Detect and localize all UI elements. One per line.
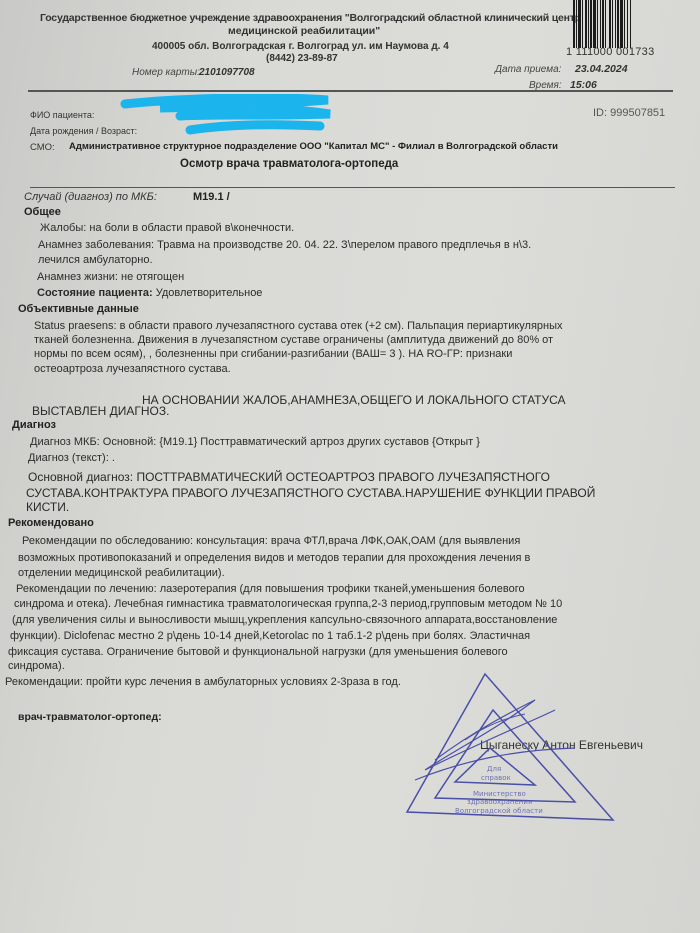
objective-line: Status praesens: в области правого лучез… bbox=[34, 320, 563, 332]
patient-condition-value: Удовлетворительное bbox=[156, 287, 263, 299]
medical-report-page: Государственное бюджетное учреждение здр… bbox=[0, 0, 700, 933]
stamp-bottom-l2: здравоохранения bbox=[467, 798, 532, 806]
diagnosis-text: Диагноз (текст): . bbox=[28, 452, 115, 464]
case-value: M19.1 / bbox=[193, 191, 230, 203]
section-recommended-title: Рекомендовано bbox=[8, 517, 94, 529]
stamp-center-l2: справок bbox=[481, 774, 511, 782]
treatment-recommendation-cont: синдрома и отека). Лечебная гимнастика т… bbox=[14, 598, 562, 610]
smo-label: СМО: bbox=[30, 142, 55, 153]
section-diagnosis-title: Диагноз bbox=[12, 419, 56, 431]
complaints: Жалобы: на боли в области правой в\конеч… bbox=[40, 222, 294, 234]
exam-recommendation-cont: отделении медицинской реабилитации). bbox=[18, 567, 225, 579]
smo-value: Административное структурное подразделен… bbox=[69, 141, 558, 152]
anamnesis-disease: Анамнез заболевания: Травма на производс… bbox=[38, 239, 531, 251]
anamnesis-life: Анамнез жизни: не отягощен bbox=[37, 271, 184, 283]
section-objective-title: Объективные данные bbox=[18, 303, 139, 315]
barcode-bar bbox=[631, 0, 632, 48]
document-title: Осмотр врача травматолога-ортопеда bbox=[180, 158, 398, 170]
stamp-bottom-l1: Министерство bbox=[473, 790, 526, 798]
treatment-recommendation-cont: функции). Diclofenac местно 2 р\день 10-… bbox=[10, 630, 530, 642]
treatment-recommendation-cont: (для увеличения силы и выносливости мышц… bbox=[12, 614, 557, 626]
organization-address: 400005 обл. Волгоградская г. Волгоград у… bbox=[152, 41, 449, 52]
objective-line: тканей болезненна. Движения в лучезапяст… bbox=[34, 334, 553, 346]
treatment-recommendation-cont: фиксация сустава. Ограничение бытовой и … bbox=[8, 646, 508, 658]
treatment-recommendation: Рекомендации по лечению: лазеротерапия (… bbox=[16, 583, 525, 595]
organization-phone: (8442) 23-89-87 bbox=[266, 53, 338, 64]
stamp-center-l1: Для bbox=[487, 765, 501, 773]
objective-line: нормы по всем осям), , болезненны при сг… bbox=[34, 348, 512, 360]
conclusion-text-cont: ВЫСТАВЛЕН ДИАГНОЗ. bbox=[32, 404, 169, 418]
anamnesis-disease-cont: лечился амбулаторно. bbox=[38, 254, 153, 266]
diagnosis-main-cont: СУСТАВА.КОНТРАКТУРА ПРАВОГО ЛУЧЕЗАПЯСТНО… bbox=[26, 486, 595, 500]
conclusion-text: НА ОСНОВАНИИ ЖАЛОБ,АНАМНЕЗА,ОБЩЕГО И ЛОК… bbox=[142, 393, 566, 407]
case-divider bbox=[30, 187, 675, 188]
card-number-label: Номер карты: bbox=[132, 67, 200, 78]
organization-name-cont: медицинской реабилитации" bbox=[228, 25, 380, 37]
organization-name: Государственное бюджетное учреждение здр… bbox=[40, 12, 581, 24]
patient-name-label: ФИО пациента: bbox=[30, 110, 94, 120]
diagnosis-main-cont: КИСТИ. bbox=[26, 500, 69, 514]
redaction-scribble bbox=[120, 94, 335, 140]
barcode-number: 1 111000 001733 bbox=[566, 46, 655, 58]
treatment-recommendation-cont: синдрома). bbox=[8, 660, 65, 672]
section-general-title: Общее bbox=[24, 206, 61, 218]
patient-id: ID: 999507851 bbox=[593, 107, 665, 119]
header-divider bbox=[28, 90, 673, 92]
general-recommendation: Рекомендации: пройти курс лечения в амбу… bbox=[5, 676, 401, 688]
diagnosis-mkb: Диагноз МКБ: Основной: {M19.1} Посттравм… bbox=[30, 436, 480, 448]
visit-date: 23.04.2024 bbox=[575, 63, 628, 75]
stamp-bottom-l3: Волгоградской области bbox=[455, 807, 543, 815]
doctor-role: врач-травматолог-ортопед: bbox=[18, 711, 162, 723]
barcode bbox=[573, 0, 673, 48]
patient-condition-label: Состояние пациента: bbox=[37, 287, 153, 299]
card-number: 2101097708 bbox=[199, 67, 255, 78]
visit-date-label: Дата приема: bbox=[495, 64, 561, 75]
official-stamp: Для справок Министерство здравоохранения… bbox=[395, 670, 625, 840]
case-label: Случай (диагноз) по МКБ: bbox=[24, 191, 157, 203]
objective-line: остеоартроза лучезапястного сустава. bbox=[34, 363, 231, 375]
patient-condition: Состояние пациента: Удовлетворительное bbox=[37, 287, 262, 299]
exam-recommendation: Рекомендации по обследованию: консультац… bbox=[22, 535, 520, 547]
diagnosis-main: Основной диагноз: ПОСТТРАВМАТИЧЕСКИЙ ОСТ… bbox=[28, 470, 550, 484]
exam-recommendation-cont: возможных противопоказаний и определения… bbox=[18, 552, 530, 564]
